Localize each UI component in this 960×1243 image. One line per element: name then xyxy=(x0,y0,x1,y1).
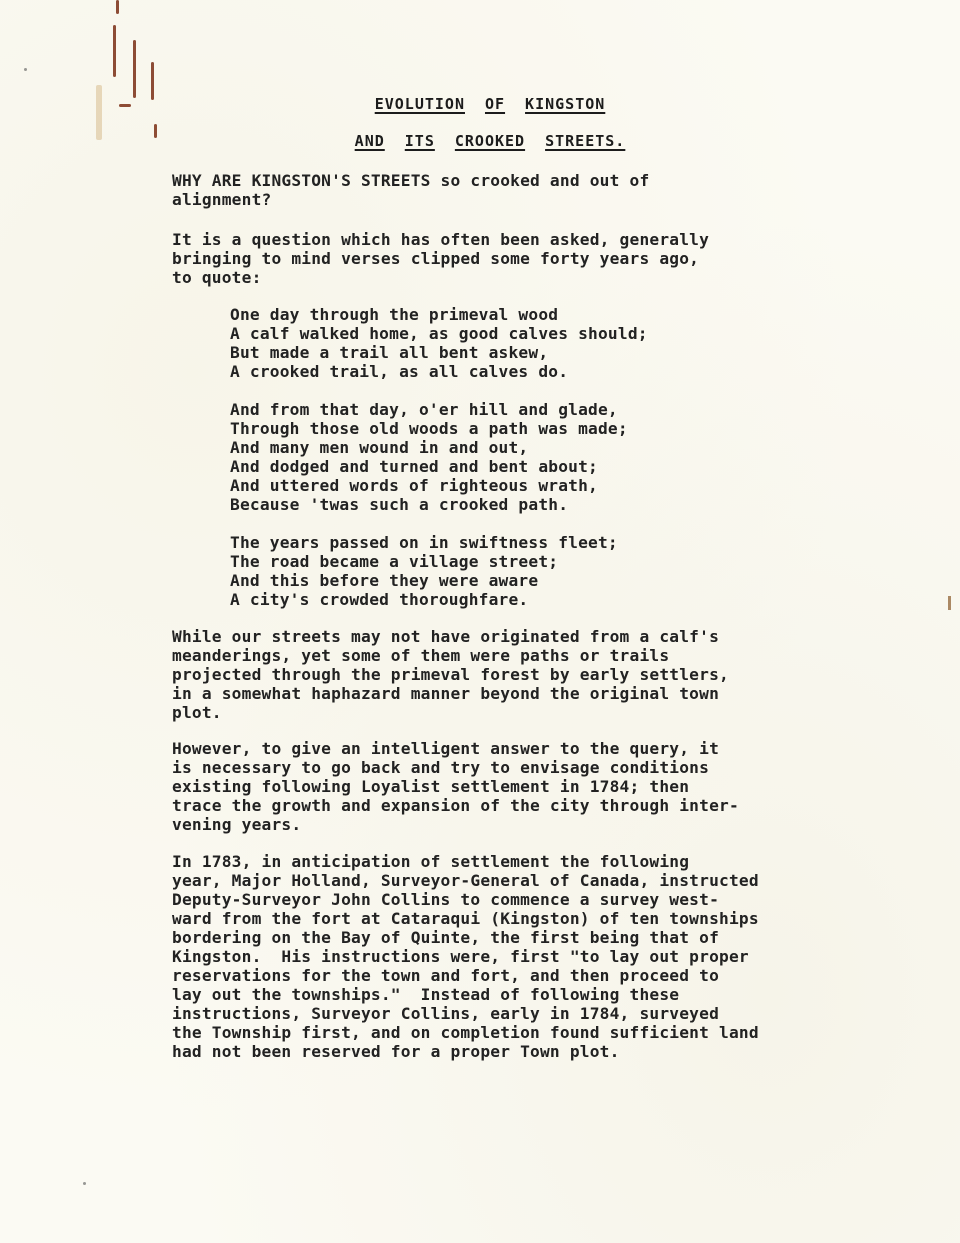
text-line: year, Major Holland, Surveyor-General of… xyxy=(172,871,759,890)
verse-stanza-1: One day through the primeval woodA calf … xyxy=(230,305,648,381)
text-line: alignment? xyxy=(172,190,649,209)
title-word: EVOLUTION xyxy=(375,95,465,113)
verse-line: And dodged and turned and bent about; xyxy=(230,457,628,476)
text-line: lay out the townships." Instead of follo… xyxy=(172,985,759,1004)
text-line: WHY ARE KINGSTON'S STREETS so crooked an… xyxy=(172,171,649,190)
verse-line: And this before they were aware xyxy=(230,571,618,590)
text-line: to quote: xyxy=(172,268,709,287)
text-line: meanderings, yet some of them were paths… xyxy=(172,646,729,665)
rust-stain xyxy=(113,25,116,77)
verse-line: A calf walked home, as good calves shoul… xyxy=(230,324,648,343)
text-line: bordering on the Bay of Quinte, the firs… xyxy=(172,928,759,947)
text-line: It is a question which has often been as… xyxy=(172,230,709,249)
title-word: STREETS. xyxy=(545,132,625,150)
text-line: bringing to mind verses clipped some for… xyxy=(172,249,709,268)
rust-stain xyxy=(133,40,136,98)
verse-line: But made a trail all bent askew, xyxy=(230,343,648,362)
verse-line: A crooked trail, as all calves do. xyxy=(230,362,648,381)
title-word: CROOKED xyxy=(455,132,525,150)
text-line: Kingston. His instructions were, first "… xyxy=(172,947,759,966)
verse-line: One day through the primeval wood xyxy=(230,305,648,324)
text-line: ward from the fort at Cataraqui (Kingsto… xyxy=(172,909,759,928)
text-line: Deputy-Surveyor John Collins to commence… xyxy=(172,890,759,909)
speck xyxy=(83,1182,86,1185)
however-paragraph: However, to give an intelligent answer t… xyxy=(172,739,739,834)
text-line: is necessary to go back and try to envis… xyxy=(172,758,739,777)
text-line: reservations for the town and fort, and … xyxy=(172,966,759,985)
speck xyxy=(24,68,27,71)
verse-line: Through those old woods a path was made; xyxy=(230,419,628,438)
verse-line: The years passed on in swiftness fleet; xyxy=(230,533,618,552)
verse-stanza-3: The years passed on in swiftness fleet;T… xyxy=(230,533,618,609)
rust-stain xyxy=(116,0,119,14)
intro-paragraph: WHY ARE KINGSTON'S STREETS so crooked an… xyxy=(172,171,649,209)
title-word: AND xyxy=(355,132,385,150)
verse-line: And many men wound in and out, xyxy=(230,438,628,457)
text-line: the Township first, and on completion fo… xyxy=(172,1023,759,1042)
text-line: plot. xyxy=(172,703,729,722)
text-line: had not been reserved for a proper Town … xyxy=(172,1042,759,1061)
question-paragraph: It is a question which has often been as… xyxy=(172,230,709,287)
title-line-1: EVOLUTIONOFKINGSTON xyxy=(0,95,960,113)
verse-line: And from that day, o'er hill and glade, xyxy=(230,400,628,419)
text-line: While our streets may not have originate… xyxy=(172,627,729,646)
text-line: existing following Loyalist settlement i… xyxy=(172,777,739,796)
title-word: OF xyxy=(485,95,505,113)
while-paragraph: While our streets may not have originate… xyxy=(172,627,729,722)
verse-line: And uttered words of righteous wrath, xyxy=(230,476,628,495)
text-line: trace the growth and expansion of the ci… xyxy=(172,796,739,815)
text-line: instructions, Surveyor Collins, early in… xyxy=(172,1004,759,1023)
verse-line: The road became a village street; xyxy=(230,552,618,571)
text-line: In 1783, in anticipation of settlement t… xyxy=(172,852,759,871)
edge-mark xyxy=(948,596,951,610)
title-word: ITS xyxy=(405,132,435,150)
title-line-2: ANDITSCROOKEDSTREETS. xyxy=(0,132,960,150)
document-page: EVOLUTIONOFKINGSTON ANDITSCROOKEDSTREETS… xyxy=(0,0,960,1243)
text-line: projected through the primeval forest by… xyxy=(172,665,729,684)
verse-line: Because 'twas such a crooked path. xyxy=(230,495,628,514)
collins-paragraph: In 1783, in anticipation of settlement t… xyxy=(172,852,759,1061)
text-line: However, to give an intelligent answer t… xyxy=(172,739,739,758)
verse-stanza-2: And from that day, o'er hill and glade,T… xyxy=(230,400,628,514)
text-line: in a somewhat haphazard manner beyond th… xyxy=(172,684,729,703)
text-line: vening years. xyxy=(172,815,739,834)
title-word: KINGSTON xyxy=(525,95,605,113)
verse-line: A city's crowded thoroughfare. xyxy=(230,590,618,609)
